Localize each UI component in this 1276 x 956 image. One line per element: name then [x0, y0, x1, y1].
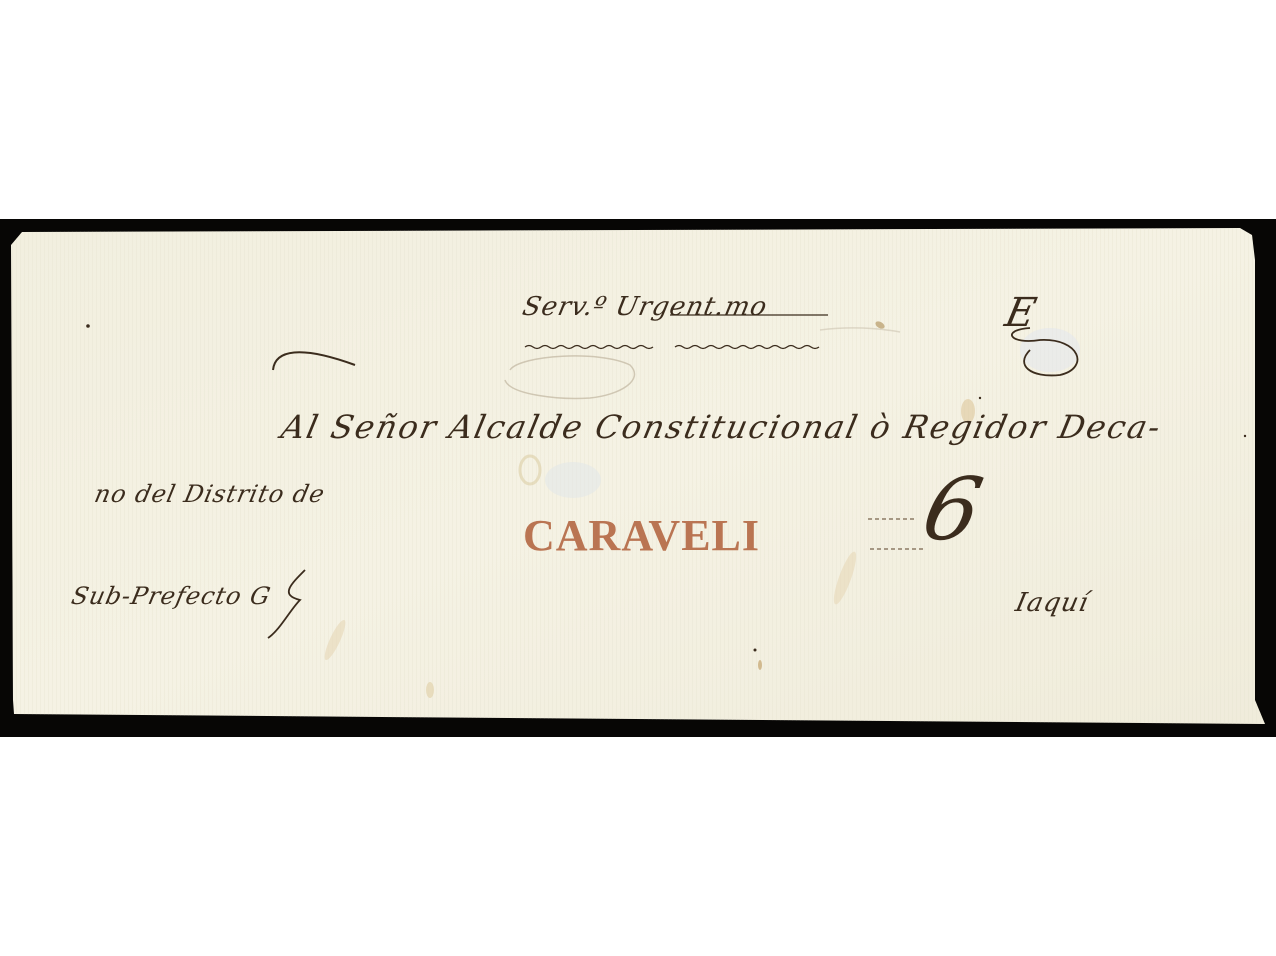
letter-paper [0, 0, 1276, 956]
service-note: Serv.º Urgent.mo [520, 292, 771, 322]
caraveli-postmark: CARAVELI [523, 510, 760, 561]
address-line-3: Sub-Prefecto G [69, 582, 274, 610]
address-line-1: Al Señor Alcalde Constitucional ò Regido… [278, 408, 1166, 446]
destination: Iaquí [1013, 588, 1092, 618]
address-line-2: no del Distrito de [92, 480, 328, 508]
